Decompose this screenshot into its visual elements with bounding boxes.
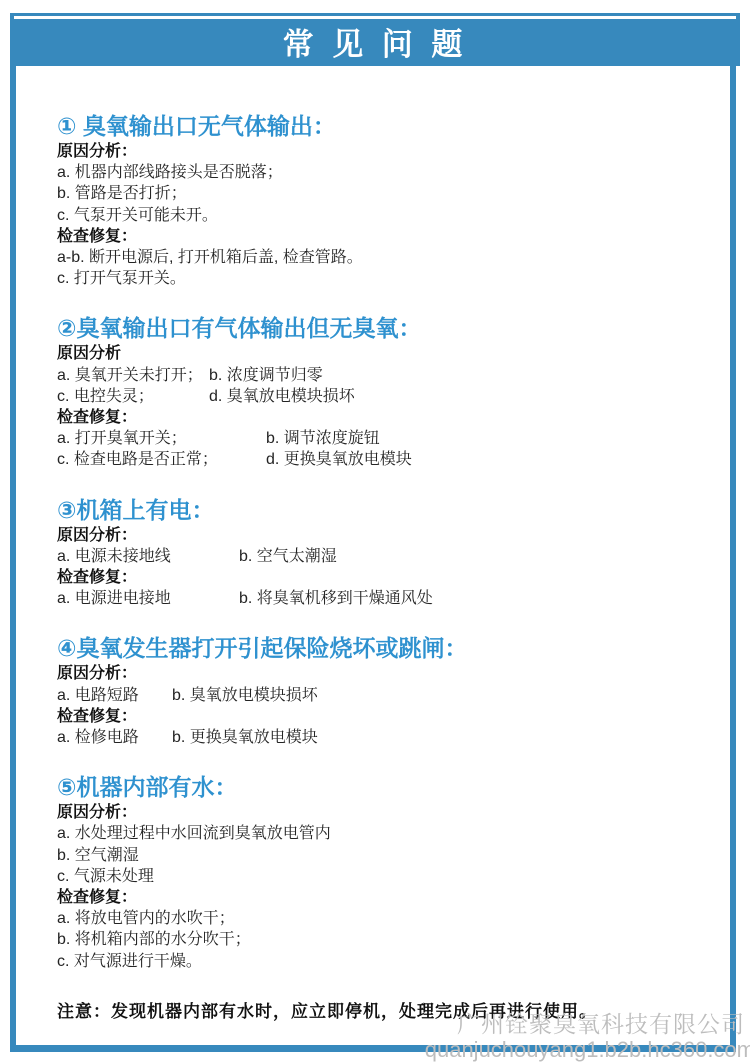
fix-item-a: a. 打开臭氧开关； bbox=[57, 428, 266, 449]
cause-item-b: b. 空气太潮湿 bbox=[239, 546, 337, 567]
fix-line: c. 打开气泵开关。 bbox=[57, 268, 708, 289]
fix-item-d: d. 更换臭氧放电模块 bbox=[266, 449, 412, 470]
fix-line: c. 检查电路是否正常； d. 更换臭氧放电模块 bbox=[57, 449, 708, 470]
cause-label: 原因分析 bbox=[57, 343, 708, 364]
cause-label: 原因分析： bbox=[57, 525, 708, 546]
cause-label: 原因分析： bbox=[57, 663, 708, 684]
cause-label: 原因分析： bbox=[57, 802, 708, 823]
cause-item-c: c. 电控失灵； bbox=[57, 386, 209, 407]
faq-section-1: ① 臭氧输出口无气体输出： 原因分析： a. 机器内部线路接头是否脱落； b. … bbox=[57, 112, 708, 289]
section-title: ③机箱上有电： bbox=[57, 496, 708, 524]
faq-content: ① 臭氧输出口无气体输出： 原因分析： a. 机器内部线路接头是否脱落； b. … bbox=[10, 66, 736, 1022]
fix-line: a. 检修电路 b. 更换臭氧放电模块 bbox=[57, 727, 708, 748]
cause-item-a: a. 臭氧开关未打开； bbox=[57, 365, 209, 386]
cause-line: c. 气源未处理 bbox=[57, 866, 708, 887]
fix-item-b: b. 更换臭氧放电模块 bbox=[172, 727, 318, 748]
fix-line: a-b. 断开电源后, 打开机箱后盖, 检查管路。 bbox=[57, 247, 708, 268]
fix-item-c: c. 检查电路是否正常； bbox=[57, 449, 266, 470]
fix-line: a. 打开臭氧开关； b. 调节浓度旋钮 bbox=[57, 428, 708, 449]
fix-item-b: b. 调节浓度旋钮 bbox=[266, 428, 380, 449]
faq-section-2: ②臭氧输出口有气体输出但无臭氧： 原因分析 a. 臭氧开关未打开； b. 浓度调… bbox=[57, 314, 708, 470]
faq-section-5: ⑤机器内部有水： 原因分析： a. 水处理过程中水回流到臭氧放电管内 b. 空气… bbox=[57, 773, 708, 972]
cause-item-a: a. 电路短路 bbox=[57, 685, 172, 706]
watermark-url: quanjuchouyang1.b2b.hc360.com bbox=[425, 1038, 750, 1061]
cause-line: c. 电控失灵； d. 臭氧放电模块损坏 bbox=[57, 386, 708, 407]
cause-item-b: b. 浓度调节归零 bbox=[209, 365, 323, 386]
fix-label: 检查修复： bbox=[57, 407, 708, 428]
cause-item-b: b. 臭氧放电模块损坏 bbox=[172, 685, 318, 706]
watermark-company-name: 广州铨聚臭氧科技有限公司 bbox=[425, 1011, 745, 1038]
fix-label: 检查修复： bbox=[57, 567, 708, 588]
fix-item-b: b. 将臭氧机移到干燥通风处 bbox=[239, 588, 433, 609]
cause-line: a. 机器内部线路接头是否脱落； bbox=[57, 162, 708, 183]
fix-item-a: a. 检修电路 bbox=[57, 727, 172, 748]
fix-label: 检查修复： bbox=[57, 887, 708, 908]
cause-line: a. 电源未接地线 b. 空气太潮湿 bbox=[57, 546, 708, 567]
faq-section-3: ③机箱上有电： 原因分析： a. 电源未接地线 b. 空气太潮湿 检查修复： a… bbox=[57, 496, 708, 610]
section-title: ⑤机器内部有水： bbox=[57, 773, 708, 801]
cause-label: 原因分析： bbox=[57, 141, 708, 162]
cause-line: a. 水处理过程中水回流到臭氧放电管内 bbox=[57, 823, 708, 844]
fix-line: b. 将机箱内部的水分吹干； bbox=[57, 929, 708, 950]
cause-line: b. 管路是否打折； bbox=[57, 183, 708, 204]
cause-item-d: d. 臭氧放电模块损坏 bbox=[209, 386, 355, 407]
cause-line: c. 气泵开关可能未开。 bbox=[57, 205, 708, 226]
fix-line: a. 电源进电接地 b. 将臭氧机移到干燥通风处 bbox=[57, 588, 708, 609]
section-title: ④臭氧发生器打开引起保险烧坏或跳闸： bbox=[57, 634, 708, 662]
section-title: ① 臭氧输出口无气体输出： bbox=[57, 112, 708, 140]
page-title: 常 见 问 题 bbox=[283, 15, 468, 64]
fix-label: 检查修复： bbox=[57, 706, 708, 727]
cause-item-a: a. 电源未接地线 bbox=[57, 546, 239, 567]
fix-item-a: a. 电源进电接地 bbox=[57, 588, 239, 609]
fix-label: 检查修复： bbox=[57, 226, 708, 247]
fix-line: a. 将放电管内的水吹干； bbox=[57, 908, 708, 929]
header-banner: 常 见 问 题 bbox=[10, 13, 740, 66]
cause-line: a. 电路短路 b. 臭氧放电模块损坏 bbox=[57, 685, 708, 706]
cause-line: a. 臭氧开关未打开； b. 浓度调节归零 bbox=[57, 365, 708, 386]
section-title: ②臭氧输出口有气体输出但无臭氧： bbox=[57, 314, 708, 342]
fix-line: c. 对气源进行干燥。 bbox=[57, 951, 708, 972]
watermark: 广州铨聚臭氧科技有限公司 quanjuchouyang1.b2b.hc360.c… bbox=[425, 1011, 745, 1061]
cause-line: b. 空气潮湿 bbox=[57, 845, 708, 866]
faq-section-4: ④臭氧发生器打开引起保险烧坏或跳闸： 原因分析： a. 电路短路 b. 臭氧放电… bbox=[57, 634, 708, 748]
